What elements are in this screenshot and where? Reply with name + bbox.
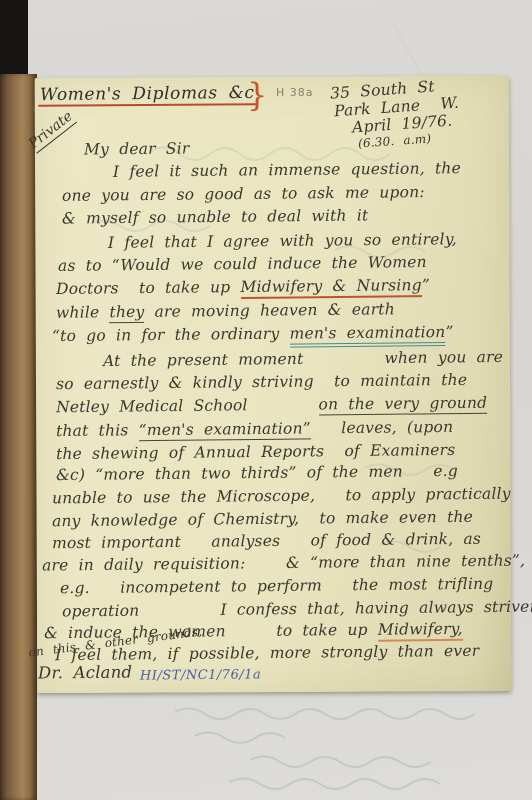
ink-underlined-phrase: “men's examination” [139, 419, 311, 441]
red-underlined-phrase: Midwifery & Nursing [240, 276, 421, 299]
ink-underlined-phrase: on the very ground [318, 394, 487, 416]
teal-underlined-phrase: men's examination [289, 323, 445, 348]
letter-line-segment: are moving heaven & earth [144, 300, 395, 321]
pencil-folio-ref: H 38a [276, 86, 314, 99]
letter-line: while they are moving heaven & earth [56, 299, 395, 323]
letter-line: &c) “more than two thirds” of the men e.… [56, 461, 458, 485]
letter-line: I feel it such an immense question, the [113, 158, 461, 182]
red-underlined-word: Midwifery, [378, 620, 463, 642]
archive-reference: HI/ST/NC1/76/1a [140, 665, 261, 686]
letter-line: At the present moment when you are [103, 347, 503, 371]
letter-line: as to “Would we could induce the Women [58, 252, 427, 276]
salutation: My dear Sir [84, 138, 190, 159]
letter-line-segment: that this [56, 421, 139, 440]
binding-strip [0, 74, 37, 800]
letter-line: I feel that I agree with you so entirely… [108, 229, 457, 253]
subject-heading: Women's Diplomas &c [40, 83, 255, 105]
letter-line: “to go in for the ordinary men's examina… [52, 322, 454, 346]
letter-line-segment: ” [445, 323, 453, 341]
letter-line-segment: “to go in for the ordinary [52, 325, 290, 345]
red-bracket: } [247, 76, 267, 114]
letter-line-segment: ” [422, 276, 430, 294]
letter-line-segment: Doctors to take up [56, 278, 241, 298]
book-cover-corner [0, 0, 28, 78]
letter-line: that this “men's examination” leaves, (u… [56, 417, 453, 441]
letter-line: one you are so good as to ask me upon: [62, 182, 425, 206]
letter-line-segment: Netley Medical School [56, 396, 319, 417]
addressee-note: Dr. Acland [38, 663, 132, 684]
letter-line-segment: leaves, (upon [311, 418, 454, 437]
letter-line: & myself so unable to deal with it [62, 205, 369, 228]
letter-line: Doctors to take up Midwifery & Nursing” [56, 275, 430, 299]
letter-line: Netley Medical School on the very ground [56, 393, 487, 418]
scanned-letter-page: Women's Diplomas &c } H 38a Private 35 S… [0, 0, 532, 800]
ink-underlined-word: they [109, 303, 144, 323]
letter-line: the shewing of Annual Reports of Examine… [56, 440, 456, 464]
letter-line-segment: while [56, 303, 110, 322]
